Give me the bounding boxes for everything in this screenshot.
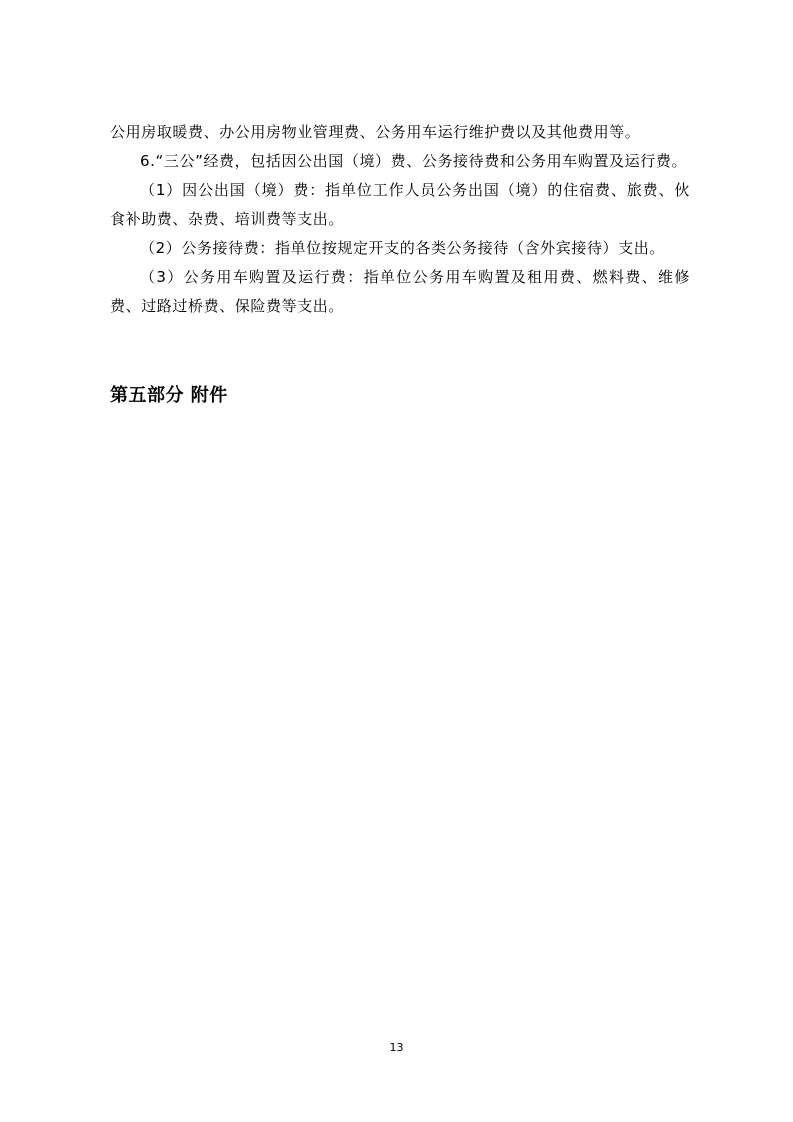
section-heading: 第五部分 附件 [110, 381, 228, 407]
paragraph-official-reception: （2）公务接待费：指单位按规定开支的各类公务接待（含外宾接待）支出。 [110, 234, 690, 263]
paragraph-continuation: 公用房取暖费、办公用房物业管理费、公务用车运行维护费以及其他费用等。 [110, 118, 690, 147]
document-page: 公用房取暖费、办公用房物业管理费、公务用车运行维护费以及其他费用等。 6.“三公… [0, 0, 793, 1122]
page-number: 13 [0, 1041, 793, 1054]
paragraph-official-vehicles: （3）公务用车购置及运行费：指单位公务用车购置及租用费、燃料费、维修费、过路过桥… [110, 263, 690, 321]
body-text: 公用房取暖费、办公用房物业管理费、公务用车运行维护费以及其他费用等。 6.“三公… [110, 118, 690, 321]
paragraph-overseas-travel: （1）因公出国（境）费：指单位工作人员公务出国（境）的住宿费、旅费、伙食补助费、… [110, 176, 690, 234]
paragraph-three-public-expenses: 6.“三公”经费，包括因公出国（境）费、公务接待费和公务用车购置及运行费。 [110, 147, 690, 176]
